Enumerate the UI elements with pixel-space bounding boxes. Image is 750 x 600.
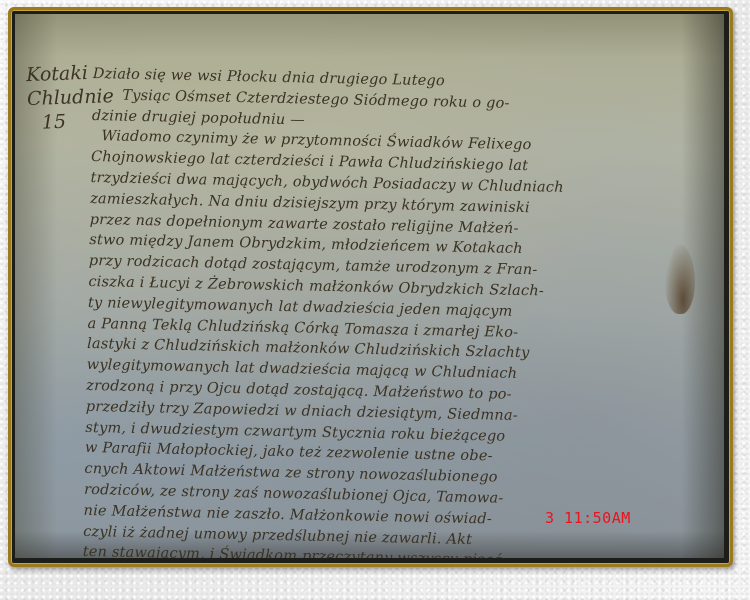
margin-surname: Chludnie (27, 85, 90, 111)
document-photo: Kotaki Chludnie 15 Działo się we wsi Pło… (15, 14, 724, 558)
margin-record-number: 15 (27, 109, 90, 135)
camera-timestamp: 3 11:50AM (545, 509, 631, 527)
margin-note: Kotaki Chludnie 15 (26, 61, 90, 135)
margin-village: Kotaki (26, 61, 89, 87)
photo-frame: Kotaki Chludnie 15 Działo się we wsi Pło… (8, 7, 733, 567)
handwritten-record: Działo się we wsi Płocku dnia drugiego L… (82, 64, 723, 558)
